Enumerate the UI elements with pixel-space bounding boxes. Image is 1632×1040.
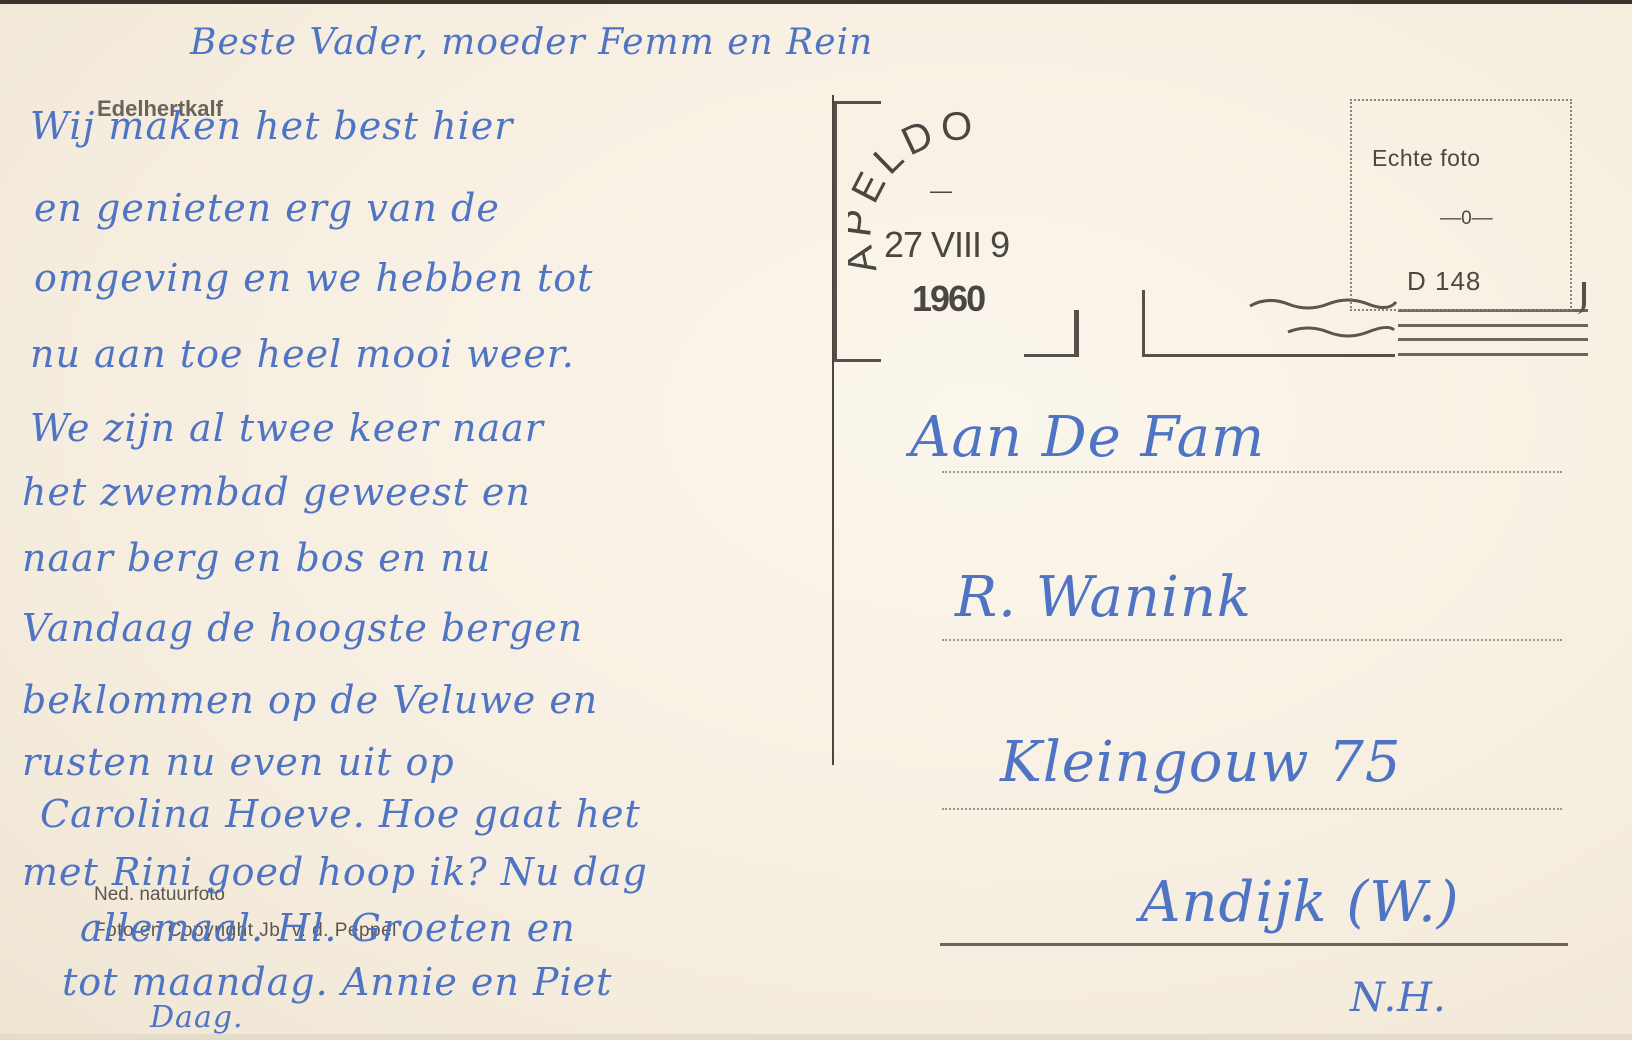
address-line: Aan De Fam (910, 405, 1265, 470)
address-line: Kleingouw 75 (1000, 730, 1401, 795)
message-line: naar berg en bos en nu (22, 536, 491, 580)
message-line: We zijn al twee keer naar (30, 406, 544, 450)
postmark-date: 27 VIII 9 (884, 224, 1009, 266)
message-line: allemaal. Hl. Groeten en (80, 906, 576, 950)
address-line: R. Wanink (955, 565, 1252, 630)
address-line-2-rule (942, 639, 1562, 641)
postmark-dash: — (930, 178, 952, 204)
postmark-bracket-mid (1024, 310, 1079, 357)
message-line: Vandaag de hoogste bergen (22, 606, 583, 650)
message-line: het zwembad geweest en (22, 470, 531, 514)
message-line: beklommen op de Veluwe en (22, 678, 598, 722)
cancel-bar (1398, 353, 1588, 356)
message-line: nu aan toe heel mooi weer. (30, 332, 575, 376)
message-line: Wij maken het best hier (30, 104, 513, 148)
message-line: Beste Vader, moeder Femm en Rein (190, 22, 873, 63)
message-line: rusten nu even uit op (22, 740, 455, 784)
card-top-edge (0, 0, 1632, 4)
cancel-bar (1398, 338, 1588, 341)
address-line-1-rule (942, 471, 1562, 473)
stamp-box-line-3: D 148 (1407, 266, 1481, 297)
address-line: N.H. (1350, 975, 1447, 1021)
cancel-bar (1398, 324, 1588, 327)
card-bottom-edge (0, 1034, 1632, 1040)
message-line: Daag. (150, 1000, 244, 1035)
message-line: omgeving en we hebben tot (34, 256, 593, 300)
postmark-year: 1960 (912, 278, 984, 320)
stamp-box-line-2: ––0–– (1440, 208, 1493, 230)
address-line-4-rule (940, 943, 1568, 946)
postcard-back: Edelhertkalf Ned. natuurfoto Foto en Cop… (0, 0, 1632, 1040)
message-line: en genieten erg van de (34, 186, 500, 230)
message-line: Carolina Hoeve. Hoe gaat het (40, 792, 641, 836)
message-line: met Rini goed hoop ik? Nu dag (22, 850, 648, 894)
stamp-box-line-1: Echte foto (1372, 145, 1481, 172)
address-line: Andijk (W.) (1140, 870, 1460, 935)
postmark-bracket-end (1572, 282, 1586, 314)
message-line: tot maandag. Annie en Piet (62, 960, 612, 1004)
address-line-3-rule (942, 808, 1562, 810)
